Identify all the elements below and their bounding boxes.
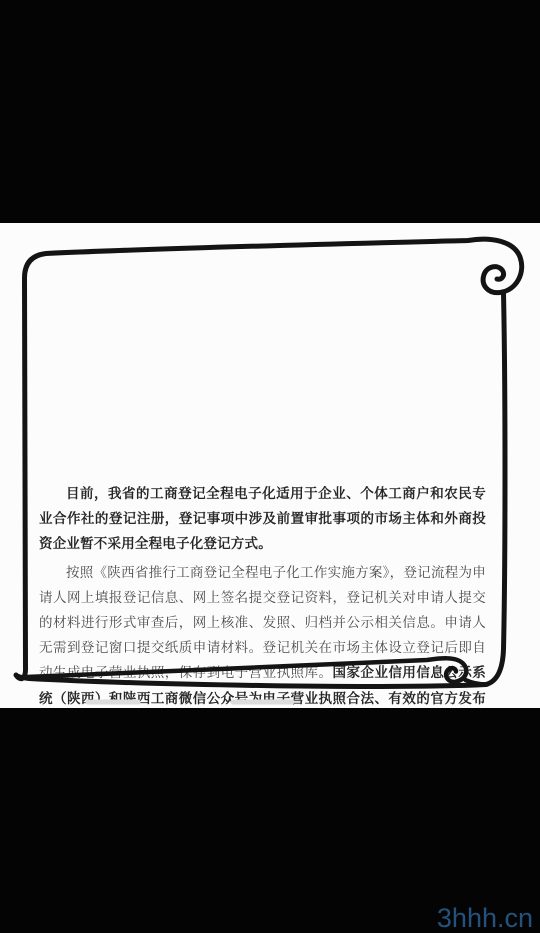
bottom-letterbox: 3hhh.cn	[0, 708, 540, 933]
article-image-area: 目前，我省的工商登记全程电子化适用于企业、个体工商户和农民专业合作社的登记注册，…	[0, 223, 540, 708]
screenshot-root: 目前，我省的工商登记全程电子化适用于企业、个体工商户和农民专业合作社的登记注册，…	[0, 0, 540, 933]
text-segment-bold: 目前，我省的工商登记全程电子化适用于企业、个体工商户和农民专业合作社的登记注册，…	[39, 486, 486, 551]
watermark: 3hhh.cn	[437, 903, 533, 933]
paragraph: 目前，我省的工商登记全程电子化适用于企业、个体工商户和农民专业合作社的登记注册，…	[39, 481, 486, 557]
text-segment: 按照《陕西省推行工商登记全程电子化工作实施方案》，登记流程为申请人网上填报登记信…	[39, 565, 486, 681]
top-letterbox	[0, 0, 540, 223]
